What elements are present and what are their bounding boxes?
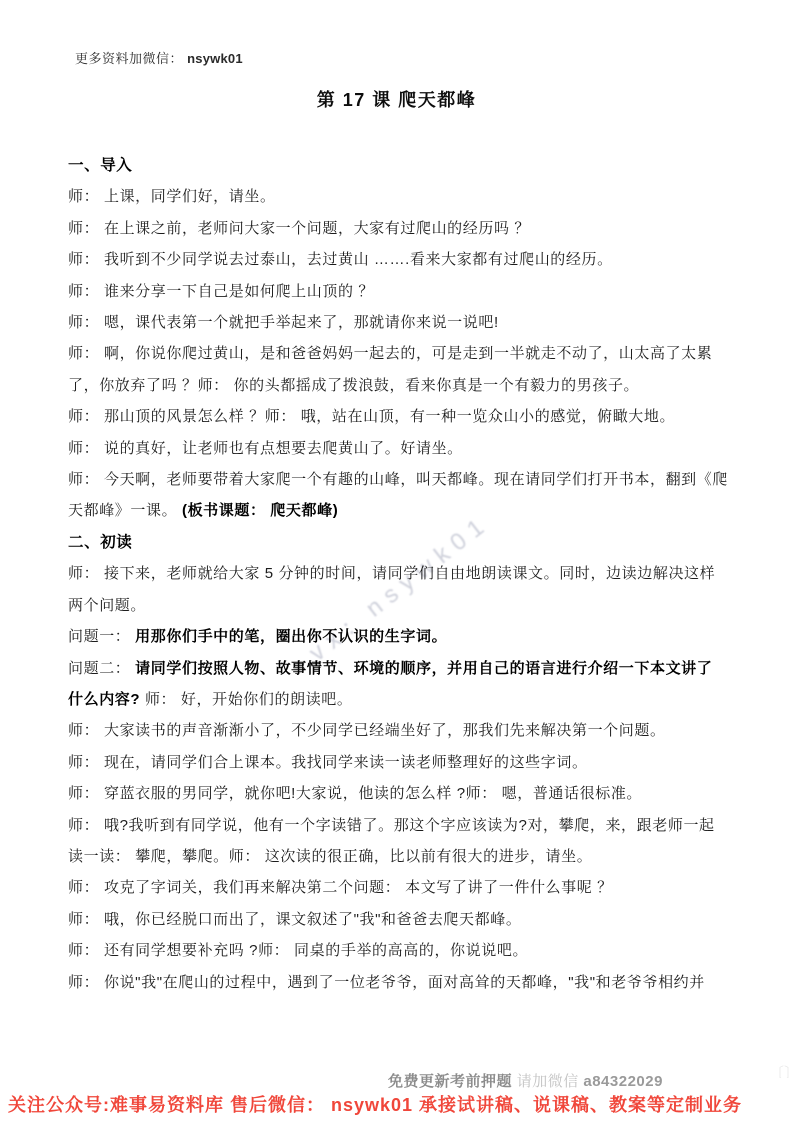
text-segment: 二、初读 — [68, 534, 132, 551]
text-segment: 了，你放弃了吗 ？师： 你的头都摇成了拨浪鼓，看来你真是一个有毅力的男孩子。 — [68, 377, 639, 394]
text-line: 师： 谁来分享一下自己是如何爬上山顶的 ？ — [68, 276, 733, 307]
text-line: 师： 哦，你已经脱口而出了，课文叙述了"我"和爸爸去爬天都峰。 — [68, 904, 733, 935]
text-segment: 师： 还有同学想要补充吗 ?师： 同桌的手举的高高的，你说说吧。 — [68, 942, 528, 959]
text-line: 师： 啊，你说你爬过黄山，是和爸爸妈妈一起去的，可是走到一半就走不动了，山太高了… — [68, 338, 733, 369]
text-segment: 师： 大家读书的声音渐渐小了，不少同学已经端坐好了，那我们先来解决第一个问题。 — [68, 722, 666, 739]
text-line: 师： 现在，请同学们合上课本。我找同学来读一读老师整理好的这些字词。 — [68, 747, 733, 778]
text-line: 师： 我听到不少同学说去过泰山，去过黄山 …….看来大家都有过爬山的经历。 — [68, 244, 733, 275]
text-line: 什么内容? 师： 好，开始你们的朗读吧。 — [68, 684, 733, 715]
text-line: 师： 还有同学想要补充吗 ?师： 同桌的手举的高高的，你说说吧。 — [68, 935, 733, 966]
text-segment: 师： 好，开始你们的朗读吧。 — [140, 691, 352, 708]
section-heading: 二、初读 — [68, 527, 733, 558]
footer-promo-hint: 请加微信 — [517, 1073, 584, 1090]
text-segment: 两个问题。 — [68, 597, 146, 614]
text-line: 师： 攻克了字词关，我们再来解决第二个问题： 本文写了讲了一件什么事呢 ？ — [68, 872, 733, 903]
text-segment: 师： 你说"我"在爬山的过程中，遇到了一位老爷爷，面对高耸的天都峰，"我"和老爷… — [68, 974, 705, 991]
page-title: 第 17 课 爬天都峰 — [0, 86, 793, 112]
text-segment: 师： 嗯，课代表第一个就把手举起来了，那就请你来说一说吧! — [68, 314, 499, 331]
text-segment: 师： 攻克了字词关，我们再来解决第二个问题： 本文写了讲了一件什么事呢 ？ — [68, 879, 613, 896]
text-line: 问题一： 用那你们手中的笔，圈出你不认识的生字词。 — [68, 621, 733, 652]
document-page: 更多资料加微信： nsywk01 第 17 课 爬天都峰 vx：nsywk01 … — [0, 0, 793, 1122]
footer-red-banner: 关注公众号:难事易资料库 售后微信： nsywk01 承接试讲稿、说课稿、教案等… — [8, 1091, 793, 1117]
text-line: 两个问题。 — [68, 590, 733, 621]
text-segment: 师： 现在，请同学们合上课本。我找同学来读一读老师整理好的这些字词。 — [68, 754, 588, 771]
header-note-account: nsywk01 — [187, 51, 243, 66]
text-line: 师： 你说"我"在爬山的过程中，遇到了一位老爷爷，面对高耸的天都峰，"我"和老爷… — [68, 967, 733, 998]
text-segment: 请同学们按照人物、故事情节、环境的顺序，并用自己的语言进行介绍一下本文讲了 — [135, 660, 712, 677]
text-line: 问题二： 请同学们按照人物、故事情节、环境的顺序，并用自己的语言进行介绍一下本文… — [68, 653, 733, 684]
page-edge-artifact: 〔〕 — [769, 1062, 793, 1078]
text-segment: 师： 啊，你说你爬过黄山，是和爸爸妈妈一起去的，可是走到一半就走不动了，山太高了… — [68, 345, 712, 362]
text-segment: 师： 谁来分享一下自己是如何爬上山顶的 ？ — [68, 283, 374, 300]
text-segment: (板书课题： 爬天都峰) — [182, 502, 338, 519]
text-segment: 问题二： — [68, 660, 135, 677]
text-line: 读一读： 攀爬，攀爬。师： 这次读的很正确，比以前有很大的进步，请坐。 — [68, 841, 733, 872]
text-segment: 师： 哦，你已经脱口而出了，课文叙述了"我"和爸爸去爬天都峰。 — [68, 911, 521, 928]
text-segment: 师： 穿蓝衣服的男同学，就你吧!大家说，他读的怎么样 ?师： 嗯，普通话很标准。 — [68, 785, 642, 802]
text-segment: 师： 那山顶的风景怎么样 ？师： 哦，站在山顶，有一种一览众山小的感觉，俯瞰大地… — [68, 408, 675, 425]
text-segment: 师： 接下来，老师就给大家 5 分钟的时间，请同学们自由地朗读课文。同时，边读边… — [68, 565, 715, 582]
text-segment: 师： 今天啊，老师要带着大家爬一个有趣的山峰，叫天都峰。现在请同学们打开书本，翻… — [68, 471, 728, 488]
text-line: 天都峰》一课。 (板书课题： 爬天都峰) — [68, 495, 733, 526]
text-line: 师： 说的真好，让老师也有点想要去爬黄山了。好请坐。 — [68, 433, 733, 464]
header-note: 更多资料加微信： nsywk01 — [75, 48, 243, 67]
text-line: 师： 穿蓝衣服的男同学，就你吧!大家说，他读的怎么样 ?师： 嗯，普通话很标准。 — [68, 778, 733, 809]
document-body: 一、导入师： 上课，同学们好，请坐。师： 在上课之前，老师问大家一个问题，大家有… — [68, 150, 733, 998]
text-segment: 师： 哦?我听到有同学说，他有一个字读错了。那这个字应该读为?对，攀爬，来，跟老… — [68, 817, 715, 834]
footer-promo-title: 免费更新考前押题 — [388, 1073, 512, 1090]
text-line: 师： 大家读书的声音渐渐小了，不少同学已经端坐好了，那我们先来解决第一个问题。 — [68, 715, 733, 746]
text-segment: 读一读： 攀爬，攀爬。师： 这次读的很正确，比以前有很大的进步，请坐。 — [68, 848, 592, 865]
text-line: 师： 那山顶的风景怎么样 ？师： 哦，站在山顶，有一种一览众山小的感觉，俯瞰大地… — [68, 401, 733, 432]
text-segment: 师： 上课，同学们好，请坐。 — [68, 188, 276, 205]
footer-promo-account: a84322029 — [583, 1073, 663, 1090]
text-segment: 什么内容? — [68, 691, 140, 708]
text-line: 了，你放弃了吗 ？师： 你的头都摇成了拨浪鼓，看来你真是一个有毅力的男孩子。 — [68, 370, 733, 401]
text-line: 师： 嗯，课代表第一个就把手举起来了，那就请你来说一说吧! — [68, 307, 733, 338]
text-segment: 用那你们手中的笔，圈出你不认识的生字词。 — [135, 628, 447, 645]
text-segment: 师： 在上课之前，老师问大家一个问题，大家有过爬山的经历吗 ？ — [68, 220, 530, 237]
header-note-prefix: 更多资料加微信： — [75, 51, 183, 66]
text-segment: 一、导入 — [68, 157, 132, 174]
text-line: 师： 哦?我听到有同学说，他有一个字读错了。那这个字应该读为?对，攀爬，来，跟老… — [68, 810, 733, 841]
text-segment: 天都峰》一课。 — [68, 502, 182, 519]
text-line: 师： 接下来，老师就给大家 5 分钟的时间，请同学们自由地朗读课文。同时，边读边… — [68, 558, 733, 589]
text-line: 师： 上课，同学们好，请坐。 — [68, 181, 733, 212]
text-segment: 师： 我听到不少同学说去过泰山，去过黄山 …….看来大家都有过爬山的经历。 — [68, 251, 613, 268]
text-segment: 师： 说的真好，让老师也有点想要去爬黄山了。好请坐。 — [68, 440, 463, 457]
text-segment: 问题一： — [68, 628, 135, 645]
section-heading: 一、导入 — [68, 150, 733, 181]
text-line: 师： 今天啊，老师要带着大家爬一个有趣的山峰，叫天都峰。现在请同学们打开书本，翻… — [68, 464, 733, 495]
text-line: 师： 在上课之前，老师问大家一个问题，大家有过爬山的经历吗 ？ — [68, 213, 733, 244]
footer-promo: 免费更新考前押题 请加微信 a84322029 — [388, 1070, 663, 1091]
